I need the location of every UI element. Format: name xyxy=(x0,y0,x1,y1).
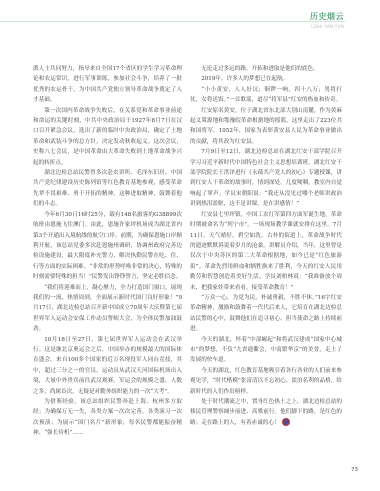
paragraph: 今天的湖北，红色教育基地吸引着各行各业的人们前来参观见学，“时代楷模”张富清以不… xyxy=(190,366,342,397)
paragraph: 10月18日至27日，第七届世界军人运动会在武汉举行。这是继北京奥运会之后，中国… xyxy=(33,335,182,397)
paragraph: 7月9日至12日，湖北边检总站在湖北红安干部学院召开学习习近平新时代中国特色社会… xyxy=(190,147,342,209)
section-subtitle: LISHI YAN YUN xyxy=(311,24,344,29)
paragraph-text: 处于时代潮流之中，置身红色热土之上，湖北边检总站的移民管理警察阔步前进、高歌前行… xyxy=(190,399,342,426)
right-column: 无论走过多远的路，开拓和进取是他们的底色。 2019年，许多人的梦想已在起航。 … xyxy=(190,64,342,428)
paragraph: 红安县七里坪镇，中国工农红军第四方面军诞生地，革命时期被命名为“列宁市”。一场现… xyxy=(190,210,342,293)
paragraph: 第一次国内革命战争失败后，在关系党和革命事业前途和命运的关键时刻，中共中央政治局… xyxy=(33,106,182,168)
paragraph: 2019年，许多人的梦想已在起航。 xyxy=(190,74,342,84)
final-paragraph: 处于时代潮流之中，置身红色热土之上，湖北边检总站的移民管理警察阔步前进、高歌前行… xyxy=(190,397,342,428)
paragraph: 无论走过多远的路，开拓和进取是他们的底色。 xyxy=(190,64,342,74)
paragraph: “我们将迎难而上，凝心聚力，全力打造国门窗口，展现我们的一流，热情周到，全面展示… xyxy=(33,283,182,335)
paragraph: 为借鉴经验，该总站组织民警奔赴上海、杭州多方取经；为确保万无一失，各类方案一次次… xyxy=(33,397,182,439)
section-title: 历史烟云 xyxy=(310,11,344,22)
paragraph: 今年6月30日16时25分，载有148名旅客的G38899次航班由恩施飞往澳门。… xyxy=(33,210,182,283)
paragraph: 湖北边检总站民警曾多次赴农讲所、毛泽东旧居、中国共产党纪律建设历史陈列馆等红色教… xyxy=(33,168,182,210)
paragraph: 今天的湖北，怀着“中部崛起”和将武汉建成“国家中心城市”的梦想，不负“九省通衢会… xyxy=(190,335,342,366)
paragraph: “万众一心，为党为民，朴诚勇毅，不胜不休。”16字红安革命精神，激励和鼓舞着一代… xyxy=(190,293,342,335)
paragraph: 红安原名黄安，位于湖北省东北部大别山南麓，作为黄麻起义策源地和鄂豫皖革命根据地的… xyxy=(190,106,342,148)
paragraph: 派人士共同努力，指导来自全国17个省区的学生学习革命理论和农运常识，进行军事训练… xyxy=(33,64,182,106)
header-divider xyxy=(0,21,345,22)
paragraph: “小小黄安，人人好汉；铜锣一响，四十八万；男将打仗，女将送饭。”一首歌谣，道尽“… xyxy=(190,85,342,106)
page-number: 73 xyxy=(351,467,358,473)
left-column: 派人士共同努力，指导来自全国17个省区的学生学习革命理论和农运常识，进行军事训练… xyxy=(33,64,182,439)
end-mark-icon xyxy=(282,418,290,426)
